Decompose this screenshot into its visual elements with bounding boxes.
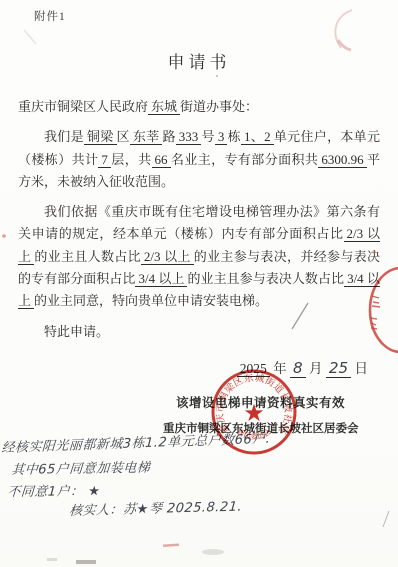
attachment-label: 附件1: [34, 8, 66, 24]
letter-body: 重庆市铜梁区人民政府东城街道办事处： 我们是铜梁区东莘路333号3栋1、2单元住…: [18, 96, 380, 380]
paragraph-legal-basis: 我们依据《重庆市既有住宅增设电梯管理办法》第六条有关申请的规定，经本单元（楼栋）…: [18, 201, 380, 312]
text-run: 我们是: [44, 129, 84, 144]
salutation-line: 重庆市铜梁区人民政府东城街道办事处：: [18, 96, 380, 118]
faint-edge-mark: [47, 558, 57, 561]
red-dash-smudge: [163, 543, 179, 547]
paragraph-building-info: 我们是铜梁区东莘路333号3栋1、2单元住户，本单元（楼栋）共计7层，共66名业…: [18, 126, 380, 193]
form-blank-filled: 1、2: [241, 129, 274, 145]
text-run: 街道办事处：: [180, 99, 258, 114]
seal-bottom-text: 居民委员会: [235, 426, 273, 441]
text-run: 重庆市铜梁区人民政府: [18, 99, 148, 114]
pencil-smudge: [24, 30, 36, 44]
form-blank-filled: 333: [176, 129, 202, 145]
text-run: 名业主，专有部分面积共: [171, 152, 319, 167]
form-blank-filled: 2/3 以上: [141, 249, 194, 265]
form-blank-filled: 东莘: [130, 129, 163, 145]
closing-line: 特此申请。: [18, 321, 380, 343]
gray-speck: [216, 75, 218, 77]
pen-tick-mark: [383, 511, 389, 527]
committee-round-seal: 重庆市铜梁区东城街道长坡社区 居民委员会 ★: [194, 352, 314, 472]
form-blank-filled: 6300.96: [318, 152, 366, 168]
form-blank-filled: 25: [326, 359, 351, 378]
scanned-application-document: 附件1 申请书 重庆市铜梁区人民政府东城街道办事处： 我们是铜梁区东莘路333号…: [0, 0, 398, 567]
text-run: 栋: [227, 129, 241, 144]
text-run: 区: [117, 129, 130, 144]
text-run: 的业主且人数占比: [34, 249, 141, 264]
handwritten-verifier-signature: 核实人：苏★琴 2025.8.21.: [69, 495, 244, 519]
form-blank-filled: 66: [152, 152, 171, 168]
text-run: 日: [351, 361, 368, 376]
gray-smudge: [202, 549, 224, 555]
text-run: 我们依据《重庆市既有住宅增设电梯管理办法》第六条有关申请的规定，经本单元（楼栋）…: [18, 204, 380, 241]
partial-seal-ring: [370, 268, 398, 352]
handwritten-agree-count-line: 其中65户同意加装电梯: [11, 457, 151, 478]
form-blank-filled: 7: [98, 152, 111, 168]
faint-stamp-smudge: [318, 6, 374, 62]
text-run: 的业主同意，特向贵单位申请安装电梯。: [34, 293, 268, 308]
form-blank-filled: 3: [215, 129, 228, 145]
text-run: 的业主且参与表决人数占比: [187, 271, 344, 286]
dark-edge-mark: [76, 560, 96, 564]
form-blank-filled: 3/4 以上: [135, 271, 187, 287]
red-speck: [2, 234, 6, 238]
partial-seal-characters: [372, 296, 380, 307]
text-run: 层，共: [111, 152, 152, 167]
form-blank-filled: 东城: [148, 99, 180, 115]
partial-edge-seal: [365, 262, 398, 362]
text-run: 路: [162, 129, 175, 144]
smudge-arc-thick: [338, 40, 351, 50]
form-blank-filled: 铜梁: [84, 129, 117, 145]
text-run: 号: [201, 129, 215, 144]
seal-star-icon: ★: [243, 401, 265, 427]
handwritten-disagree-count-line: 不同意1户： ★: [7, 480, 101, 500]
